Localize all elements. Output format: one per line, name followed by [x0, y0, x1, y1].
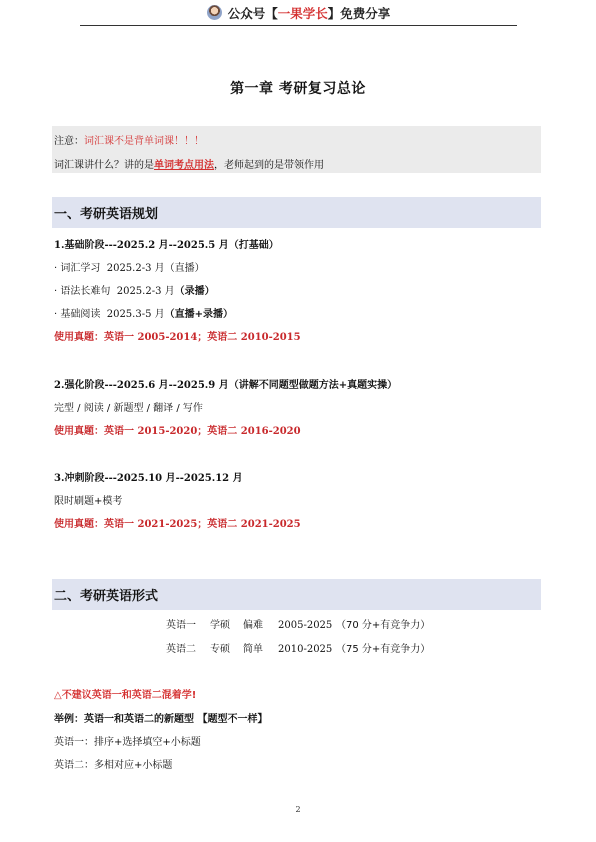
exam-type-row: 英语二专硕简单2010-2025（75 分+有竞争力） — [166, 640, 430, 655]
chapter-title: 第一章 考研复习总论 — [0, 78, 596, 98]
stage1-item: · 语法长难句 2025.2-3 月（录播） — [54, 282, 215, 297]
notice-line-2: 词汇课讲什么？讲的是单词考点用法，老师起到的是带领作用 — [54, 156, 324, 171]
stage3-topics: 限时刷题+模考 — [54, 492, 122, 507]
page-header: 公众号【一果学长】免费分享 — [80, 0, 517, 26]
warning-text: △不建议英语一和英语二混着学! — [54, 686, 196, 701]
example-line: 英语一：排序+选择填空+小标题 — [54, 733, 201, 748]
stage2-exams: 使用真题：英语一 2015-2020；英语二 2016-2020 — [54, 422, 301, 437]
exam-type-row: 英语一学硕偏难2005-2025（70 分+有竞争力） — [166, 616, 430, 631]
stage3-exams: 使用真题：英语一 2021-2025；英语二 2021-2025 — [54, 515, 301, 530]
stage3-title: 3.冲刺阶段---2025.10 月--2025.12 月 — [54, 469, 243, 484]
stage1-item: · 词汇学习 2025.2-3 月（直播） — [54, 259, 205, 274]
stage2-topics: 完型 / 阅读 / 新题型 / 翻译 / 写作 — [54, 399, 203, 414]
notice-box: 注意：词汇课不是背单词课！！！ 词汇课讲什么？讲的是单词考点用法，老师起到的是带… — [52, 126, 541, 173]
section-heading-1: 一、考研英语规划 — [52, 197, 541, 228]
highlight-text: 单词考点用法 — [154, 160, 214, 171]
stage2-title: 2.强化阶段---2025.6 月--2025.9 月（讲解不同题型做题方法+真… — [54, 376, 397, 391]
stage1-item: · 基础阅读 2025.3-5 月（直播+录播） — [54, 305, 233, 320]
notice-line-1: 注意：词汇课不是背单词课！！！ — [54, 132, 204, 147]
section-heading-2: 二、考研英语形式 — [52, 579, 541, 610]
stage1-exams: 使用真题：英语一 2005-2014；英语二 2010-2015 — [54, 328, 301, 343]
example-line: 英语二：多相对应+小标题 — [54, 756, 172, 771]
avatar-icon — [207, 5, 222, 20]
page-number: 2 — [0, 805, 596, 814]
stage1-title: 1.基础阶段---2025.2 月--2025.5 月（打基础） — [54, 236, 279, 251]
header-text: 公众号【一果学长】免费分享 — [228, 4, 391, 22]
example-title: 举例：英语一和英语二的新题型 【题型不一样】 — [54, 710, 267, 725]
